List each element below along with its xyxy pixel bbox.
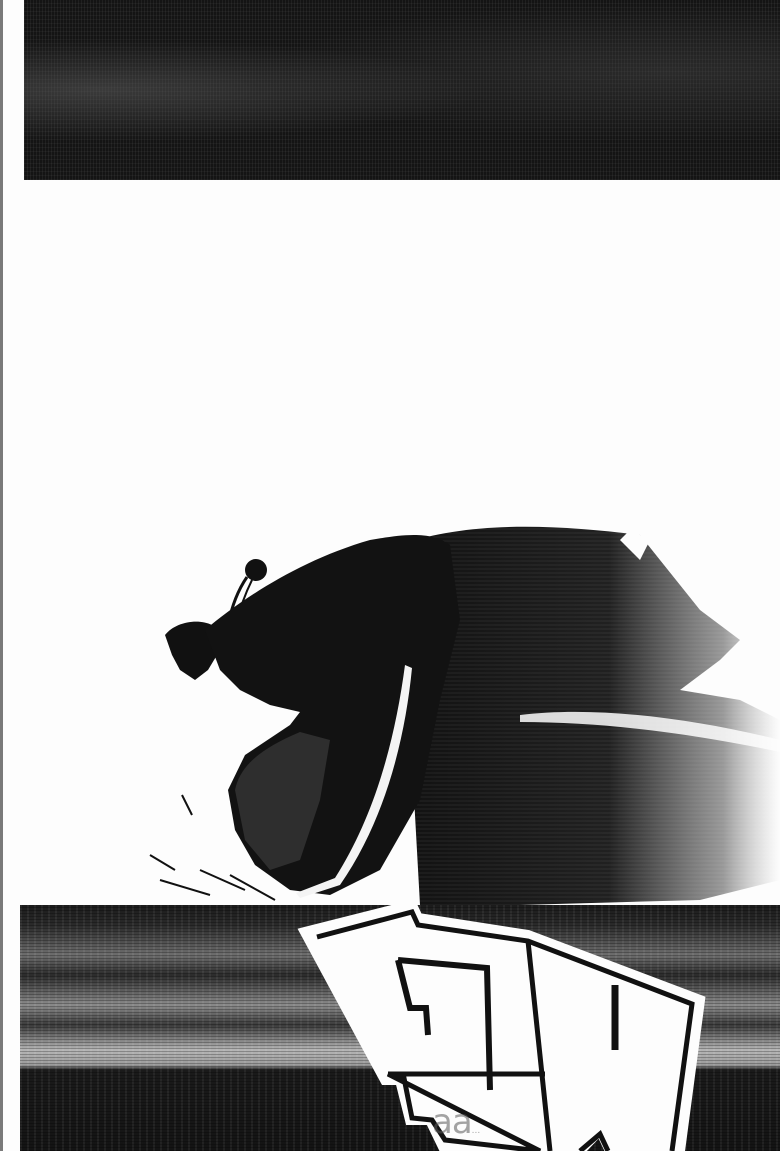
swordsman-silhouette: [150, 535, 460, 900]
watermark-text: aa: [432, 1102, 472, 1142]
manga-page: aa...: [0, 0, 780, 1151]
watermark: aa...: [432, 1102, 480, 1142]
sfx-lettering: [305, 905, 700, 1151]
watermark-suffix: ...: [472, 1126, 481, 1136]
motion-blur: [400, 527, 780, 905]
illustration: [0, 0, 780, 1151]
